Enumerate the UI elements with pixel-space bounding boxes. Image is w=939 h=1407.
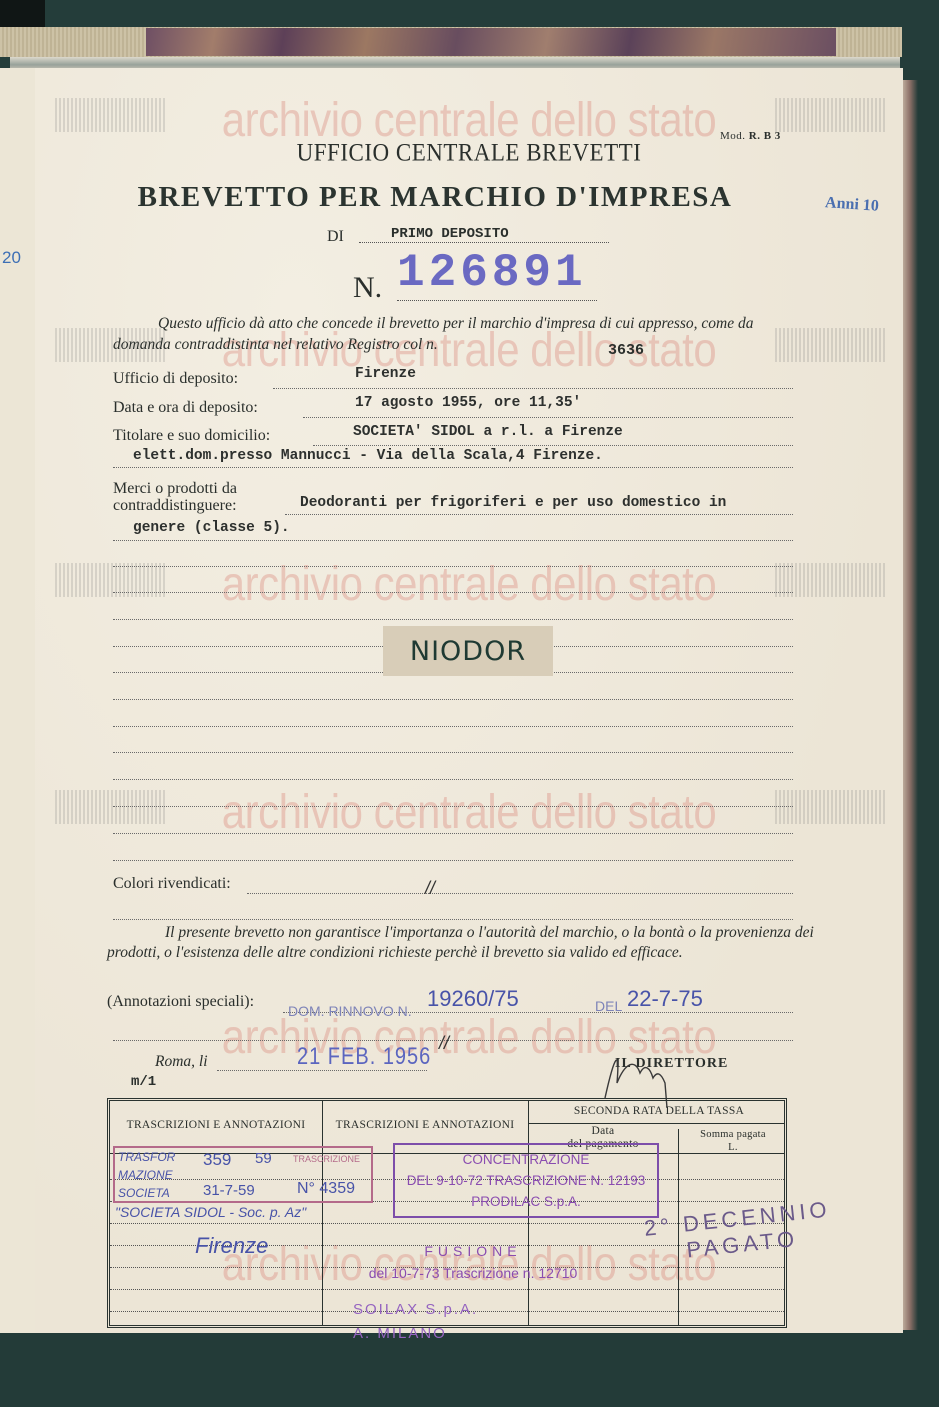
holder-label: Titolare e suo domicilio: [113,427,270,445]
table-divider [322,1101,323,1325]
reference-code: m/1 [131,1074,156,1090]
document-title: BREVETTO PER MARCHIO D'IMPRESA [35,181,835,214]
dotted-line [113,592,793,593]
place-label: Roma, li [155,1053,208,1071]
watermark: archivio centrale dello stato [35,784,903,839]
payment-date-header-line1: Data [528,1125,678,1138]
merger-stamp: FUSIONE del 10-7-73 Trascrizione n. 1271… [353,1240,593,1284]
transcription-label: TRASCRIZIONE [293,1154,360,1164]
dotted-line [113,726,793,727]
dotted-line [113,806,793,807]
office-value: Firenze [355,366,416,382]
office-label: Ufficio di deposito: [113,370,238,388]
renewal-date: 22-7-75 [627,986,703,1012]
transformation-stamp: TRASFOR MAZIONE SOCIETA 359 59 31-7-59 T… [113,1146,373,1203]
amount-header-line1: Somma pagata [678,1128,788,1141]
holder-value-line1: SOCIETA' SIDOL a r.l. a Firenze [353,424,623,440]
concentration-line1: CONCENTRAZIONE [395,1149,657,1170]
dotted-line [303,417,793,418]
watermark: archivio centrale dello stato [35,556,903,611]
register-number: 3636 [608,342,644,359]
dotted-line [273,388,793,389]
dotted-line [285,514,793,515]
previous-page-edge: 20 [0,68,36,1333]
company-stamp: SOILAX S.p.A. A. MILANO [353,1298,478,1346]
merger-line2: del 10-7-73 Trascrizione n. 12710 [353,1262,593,1284]
colors-value: // [425,878,435,899]
dotted-line [113,919,793,920]
patent-document: archivio centrale dello stato archivio c… [35,68,903,1333]
marbled-spine [146,28,836,56]
dotted-line [113,566,793,567]
patent-number-label: N. [353,271,382,305]
trademark-label: NIODOR [383,626,553,676]
disclaimer-paragraph: Il presente brevetto non garantisce l'im… [107,923,827,963]
company-stamp-city: A. MILANO [353,1322,478,1346]
col2-header: TRASCRIZIONI E ANNOTAZIONI [322,1119,528,1131]
tax-header: SECONDA RATA DELLA TASSA [528,1105,790,1117]
transformation-year: 59 [255,1150,272,1167]
colors-label: Colori rivendicati: [113,875,231,893]
patent-number: 126891 [397,246,597,301]
transformation-number: 359 [203,1150,231,1170]
transformation-word: MAZIONE [118,1166,175,1184]
table-dotted-line [110,1289,784,1290]
col1-header: TRASCRIZIONI E ANNOTAZIONI [110,1119,322,1131]
renewal-number: 19260/75 [427,986,519,1012]
amount-header-line2: L. [678,1141,788,1154]
transformation-word: TRASFOR [118,1148,175,1166]
duration-stamp: Anni 10 [824,194,879,216]
intro-paragraph: Questo ufficio dà atto che concede il br… [113,313,803,355]
dotted-line [113,619,793,620]
renewal-prefix: DOM. RINNOVO N. [288,1003,412,1019]
left-page-stamp: 20 [2,248,21,268]
amount-header: Somma pagata L. [678,1128,788,1154]
concentration-stamp: CONCENTRAZIONE DEL 9-10-72 TRASCRIZIONE … [393,1143,659,1218]
dotted-line [113,752,793,753]
renewal-del: DEL [595,998,622,1014]
table-header-line [528,1123,784,1124]
goods-label-line1: Merci o prodotti da [113,480,237,497]
binding-corner [0,0,45,30]
merger-line1: FUSIONE [353,1240,593,1262]
goods-label: Merci o prodotti da contraddistinguere: [113,480,237,514]
dotted-line [113,779,793,780]
company-stamp-name: SOILAX S.p.A. [353,1298,478,1322]
dotted-line [113,1040,793,1041]
goods-value-line1: Deodoranti per frigoriferi e per uso dom… [300,495,726,511]
transformation-words: TRASFOR MAZIONE SOCIETA [118,1148,175,1202]
date-value: 17 agosto 1955, ore 11,35' [355,395,581,411]
holder-value-line2: elett.dom.presso Mannucci - Via della Sc… [133,448,603,464]
dotted-line [113,860,793,861]
deposit-type: PRIMO DEPOSITO [359,226,609,243]
dotted-line [247,893,793,894]
city-note: Firenze [195,1233,268,1259]
dotted-line [113,467,793,468]
company-note: "SOCIETA SIDOL - Soc. p. Az" [115,1204,306,1220]
dotted-line [113,540,793,541]
goods-label-line2: contraddistinguere: [113,497,237,514]
transformation-date: 31-7-59 [203,1182,255,1199]
deposit-type-label: DI [327,228,344,246]
annotations-label: (Annotazioni speciali): [107,993,254,1011]
issue-date-stamp: 21 FEB. 1956 [297,1044,431,1072]
concentration-line3: PRODILAC S.p.A. [395,1191,657,1212]
dotted-line [313,445,793,446]
concentration-line2: DEL 9-10-72 TRASCRIZIONE N. 12193 [395,1170,657,1191]
date-label: Data e ora di deposito: [113,399,258,417]
dotted-line [113,833,793,834]
transcription-reg: N° 4359 [297,1180,355,1198]
issue-date-mark: // [439,1033,449,1054]
transformation-word: SOCIETA [118,1184,175,1202]
dotted-line [113,699,793,700]
goods-value-line2: genere (classe 5). [133,520,290,536]
issuing-office: UFFICIO CENTRALE BREVETTI [35,139,903,168]
